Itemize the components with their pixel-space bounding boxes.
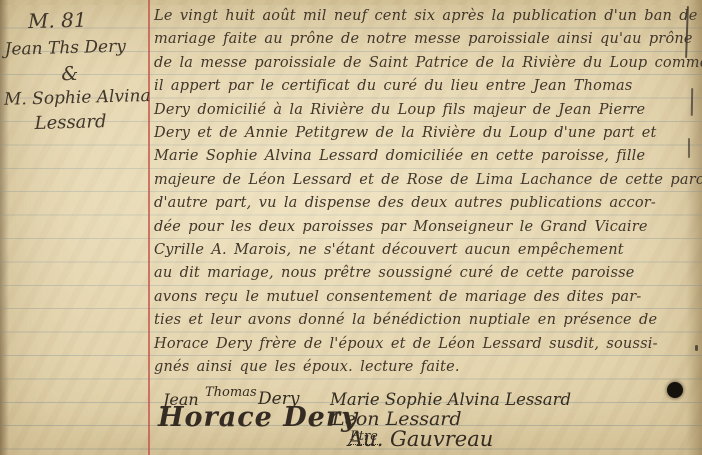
record-line: ties et leur avons donné la bénédiction … [154, 309, 700, 332]
signature-witness-horace: Horace Dery [158, 402, 358, 433]
signature-priest-title: Ptre [350, 429, 378, 445]
record-line: avons reçu le mutuel consentement de mar… [154, 286, 700, 309]
ink-blot [667, 382, 683, 398]
ink-stroke [695, 345, 698, 351]
margin-bride-name: M. Sophie Alvina [4, 86, 151, 110]
record-line: Marie Sophie Alvina Lessard domiciliée e… [154, 145, 700, 168]
record-line: majeure de Léon Lessard et de Rose de Li… [154, 169, 700, 192]
record-line: de la messe paroissiale de Saint Patrice… [154, 52, 700, 75]
record-line: d'autre part, vu la dispense des deux au… [154, 192, 700, 215]
entry-number: M. 81 [28, 8, 87, 34]
record-line: au dit mariage, nous prêtre soussigné cu… [154, 262, 700, 285]
margin-ampersand: & [61, 63, 78, 85]
signature-bride: Marie Sophie Alvina Lessard [330, 390, 571, 409]
record-line: Le vingt huit août mil neuf cent six apr… [154, 5, 700, 28]
signature-groom-inserted: Thomas [205, 385, 257, 400]
margin-rule-line [148, 0, 150, 455]
margin-annotation: M. 81 Jean Ths Dery & M. Sophie Alvina L… [0, 0, 149, 202]
record-line: Dery et de Annie Petitgrew de la Rivière… [154, 122, 700, 145]
record-line: gnés ainsi que les époux. lecture faite. [154, 356, 700, 379]
margin-bride-surname: Lessard [34, 111, 106, 134]
record-line: il appert par le certificat du curé du l… [154, 75, 700, 98]
record-line: dée pour les deux paroisses par Monseign… [154, 216, 700, 239]
record-line: Dery domicilié à la Rivière du Loup fils… [154, 99, 700, 122]
ink-stroke [688, 138, 690, 158]
margin-groom-name: Jean Ths Dery [4, 37, 126, 60]
record-body: Le vingt huit août mil neuf cent six apr… [154, 5, 700, 380]
record-line: Horace Dery frère de l'époux et de Léon … [154, 333, 700, 356]
record-line: mariage faite au prône de notre messe pa… [154, 28, 700, 51]
signature-priest: Au. GauvreauPtre [348, 427, 376, 451]
register-page: M. 81 Jean Ths Dery & M. Sophie Alvina L… [0, 0, 702, 455]
record-line: Cyrille A. Marois, ne s'étant découvert … [154, 239, 700, 262]
